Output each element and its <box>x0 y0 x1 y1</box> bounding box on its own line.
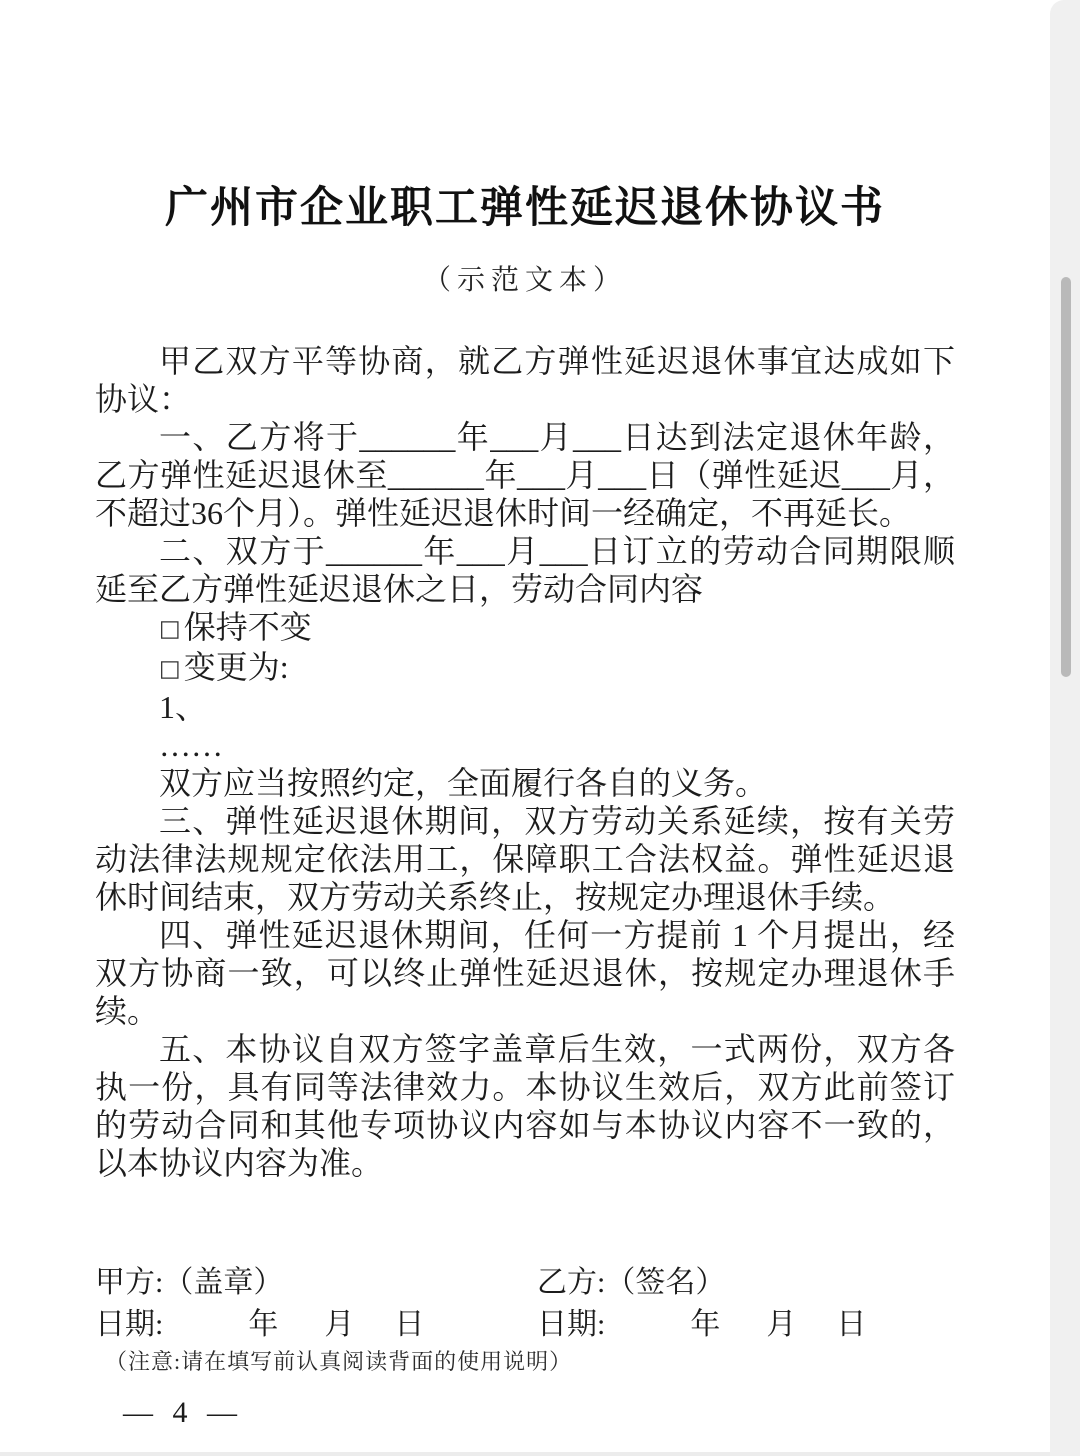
date-unit-day: 日 <box>836 1308 866 1341</box>
ellipsis-line: …… <box>95 726 955 764</box>
option-change-to: □变更为: <box>95 648 955 688</box>
checkbox-icon: □ <box>159 656 181 682</box>
document-title: 广州市企业职工弹性延迟退休协议书 <box>95 182 955 234</box>
clause-3: 三、弹性延迟退休期间，双方劳动关系延续，按有关劳动法律法规规定依法用工，保障职工… <box>95 802 955 916</box>
party-a-label: 甲方:（盖章） <box>95 1262 537 1304</box>
date-row: 日期:年月日 日期:年月日 <box>95 1304 955 1346</box>
paragraph-intro: 甲乙双方平等协商，就乙方弹性延迟退休事宜达成如下协议： <box>95 342 955 418</box>
obligation-line: 双方应当按照约定，全面履行各自的义务。 <box>95 764 955 802</box>
date-unit-month: 月 <box>766 1308 796 1341</box>
date-label: 日期: <box>537 1308 605 1341</box>
option-label: 变更为: <box>184 649 289 685</box>
clause-5: 五、本协议自双方签字盖章后生效，一式两份，双方各执一份，具有同等法律效力。本协议… <box>95 1030 955 1182</box>
date-unit-day: 日 <box>394 1308 424 1341</box>
checkbox-icon: □ <box>159 616 181 642</box>
date-unit-year: 年 <box>690 1308 720 1341</box>
document-viewer: 广州市企业职工弹性延迟退休协议书 （示范文本） 甲乙双方平等协商，就乙方弹性延迟… <box>0 0 1080 1456</box>
date-label: 日期: <box>95 1308 163 1341</box>
clause-1: 一、乙方将于______年___月___日达到法定退休年龄，乙方弹性延迟退休至_… <box>95 418 955 532</box>
signature-block: 甲方:（盖章） 乙方:（签名） 日期:年月日 日期:年月日 <box>95 1262 955 1346</box>
scrollbar-track[interactable] <box>1050 0 1080 1456</box>
option-keep-unchanged: □保持不变 <box>95 608 955 648</box>
date-line-party-b: 日期:年月日 <box>537 1304 955 1346</box>
page-bottom-edge <box>0 1452 1080 1456</box>
party-row: 甲方:（盖章） 乙方:（签名） <box>95 1262 955 1304</box>
document-subtitle: （示范文本） <box>95 262 955 300</box>
document-page: 广州市企业职工弹性延迟退休协议书 （示范文本） 甲乙双方平等协商，就乙方弹性延迟… <box>0 0 1080 1456</box>
list-item-number: 1、 <box>95 688 955 726</box>
date-unit-year: 年 <box>248 1308 278 1341</box>
date-line-party-a: 日期:年月日 <box>95 1304 537 1346</box>
clause-2: 二、双方于______年___月___日订立的劳动合同期限顺延至乙方弹性延迟退休… <box>95 532 955 608</box>
document-body: 甲乙双方平等协商，就乙方弹性延迟退休事宜达成如下协议： 一、乙方将于______… <box>95 342 955 1182</box>
date-unit-month: 月 <box>324 1308 354 1341</box>
party-b-label: 乙方:（签名） <box>537 1262 955 1304</box>
scrollbar-thumb[interactable] <box>1061 277 1071 677</box>
footer-note: （注意:请在填写前认真阅读背面的使用说明） <box>105 1345 572 1376</box>
clause-4: 四、弹性延迟退休期间，任何一方提前 1 个月提出，经双方协商一致，可以终止弹性延… <box>95 916 955 1030</box>
option-label: 保持不变 <box>184 609 312 645</box>
page-number: — 4 — <box>123 1396 243 1430</box>
